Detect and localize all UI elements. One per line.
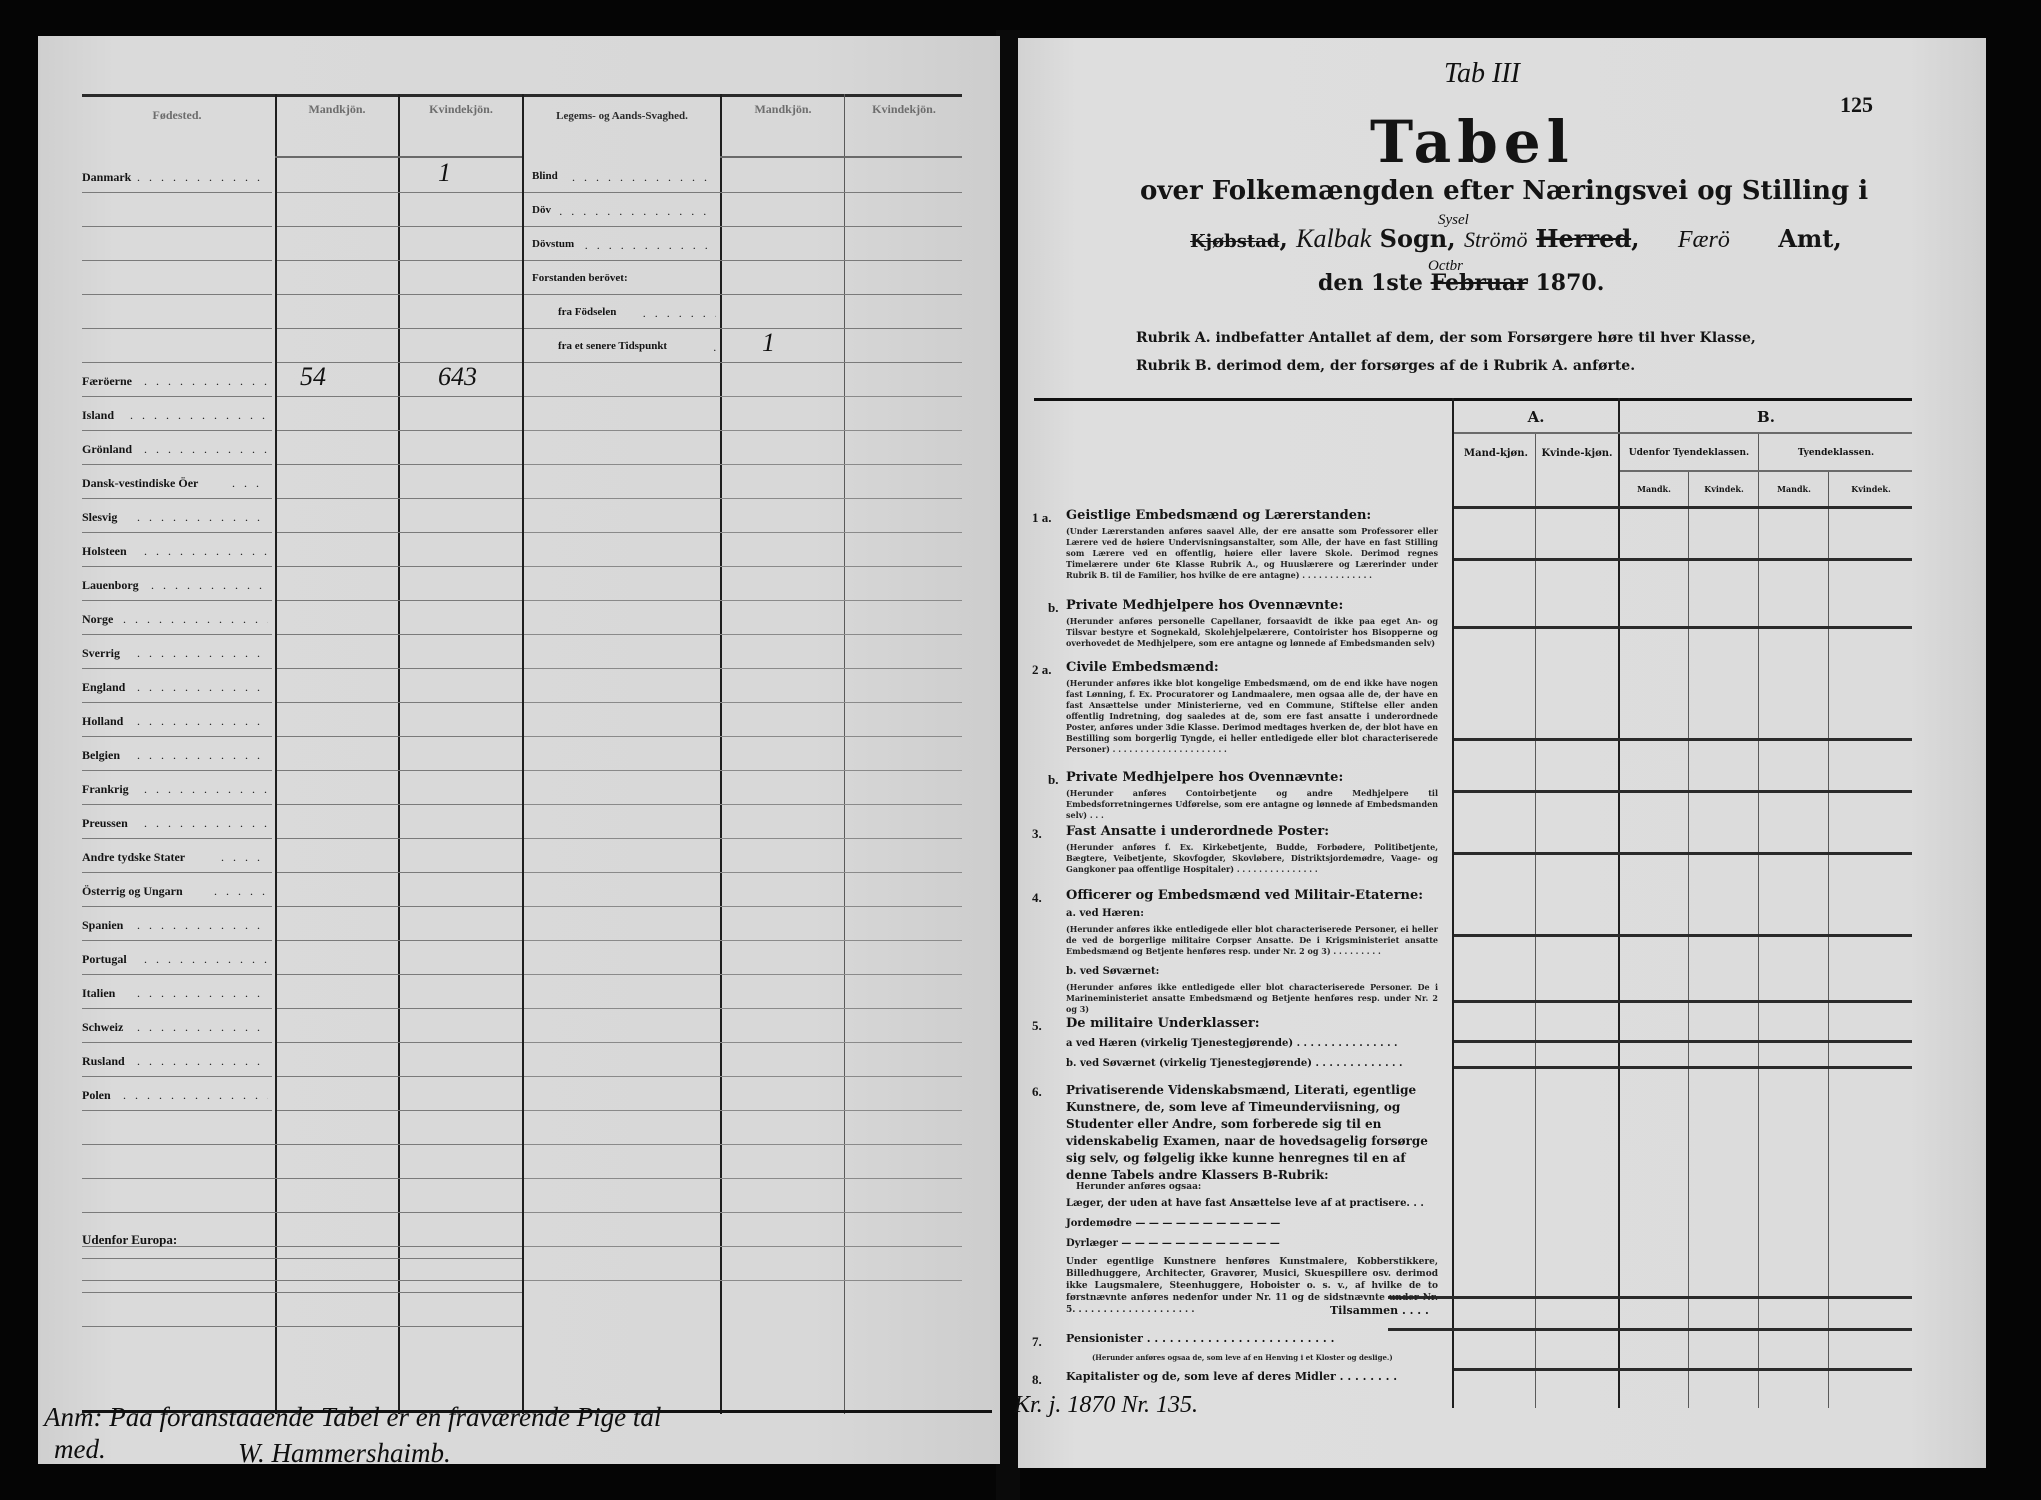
leader-dots: . . . . . . . . . . . . . . . . . . . . (713, 340, 716, 355)
row-rule (524, 906, 962, 907)
birthplace-label: Italien (82, 986, 115, 1001)
leader-dots: . . . . . . . . . . . . . . . . . . . . (137, 986, 268, 1001)
cat-3-title: Fast Ansatte i underordnede Poster: (1066, 824, 1329, 839)
birthplace-label: Schweiz (82, 1020, 123, 1035)
col-divider (522, 94, 524, 1414)
infirmity-label: Blind (532, 170, 558, 182)
row-rule (524, 600, 962, 601)
row-rule (524, 736, 962, 737)
row-rule (524, 940, 962, 941)
leader-dots: . . . . . . . . . . . . . . . . . . . . (144, 952, 268, 967)
leader-dots: . . . . . . . . . . . . . . . . . . . . (137, 646, 268, 661)
birthplace-label: Sverrig (82, 646, 120, 661)
row-rule (277, 1042, 522, 1043)
row-rule (277, 430, 522, 431)
row-rule (524, 226, 962, 227)
leader-dots: . . . . . . . . . . . . . . . . . . . . (130, 408, 268, 423)
row-rule (82, 838, 272, 839)
leader-dots: . . . . . . . . . . . . . . . . . . . . (643, 306, 716, 321)
row-rule (524, 294, 962, 295)
left-page: Fødested. Mandkjön. Kvindekjön. Legems- … (38, 36, 1000, 1464)
cat-2a-note: (Herunder anføres ikke blot kongelige Em… (1066, 678, 1438, 755)
cat-6-title: Privatiserende Videnskabsmænd, Literati,… (1066, 1082, 1438, 1184)
row-rule (82, 600, 272, 601)
grid-v (1618, 398, 1620, 1408)
row-rule (82, 1110, 272, 1111)
row-rule (82, 634, 272, 635)
row-rule (82, 396, 272, 397)
page-subtitle: over Folkemængden efter Næringsvei og St… (1140, 176, 1868, 206)
leader-dots: . . . . . . . . . . . . . . . . . . . . (137, 680, 268, 695)
row-rule (82, 1292, 522, 1293)
col-divider (275, 94, 277, 1414)
col-divider (398, 94, 400, 1414)
row-rule (1454, 738, 1912, 741)
grid-v (1828, 472, 1829, 1408)
leader-dots: . . . . . . . . . . . . . . . . . . . . (137, 1020, 268, 1035)
cat-3-note: (Herunder anføres f. Ex. Kirkebetjente, … (1066, 842, 1438, 875)
leader-dots: . . . . . . . . . . . . . . . . . . . . (151, 578, 268, 593)
row-rule (277, 872, 522, 873)
row-rule (82, 1326, 522, 1327)
row-rule (524, 532, 962, 533)
row-rule (1388, 1296, 1912, 1299)
row-rule (1454, 790, 1912, 793)
birthplace-label: Grönland (82, 442, 132, 457)
grid-h (1454, 432, 1912, 434)
col-a-header: A. (1454, 408, 1618, 426)
row-rule (277, 464, 522, 465)
birthplace-label: Andre tydske Stater (82, 850, 185, 865)
row-rule (82, 192, 272, 193)
cat-7-num: 7. (1032, 1334, 1042, 1350)
row-rule (277, 940, 522, 941)
cat-6-dyrlaeger: Dyrlæger — — — — — — — — — — — — (1066, 1238, 1280, 1249)
cat-2b-num: b. (1048, 772, 1058, 788)
row-rule (524, 668, 962, 669)
birthplace-label: Holsteen (82, 544, 127, 559)
header-infirmity: Legems- og Aands-Svaghed. (524, 110, 720, 122)
infirmity-label: Dövstum (532, 238, 574, 250)
amt-label: Amt, (1778, 224, 1841, 253)
grid-v (1688, 472, 1689, 1408)
birthplace-label: Holland (82, 714, 123, 729)
header-birthplace: Fødested. (82, 108, 272, 123)
birthplace-label: Norge (82, 612, 113, 627)
col-b2-male: Mandk. (1760, 484, 1828, 494)
row-rule (277, 1008, 522, 1009)
cat-8-num: 8. (1032, 1372, 1042, 1388)
cat-1b-title: Private Medhjelpere hos Ovennævnte: (1066, 598, 1343, 613)
row-rule (82, 872, 272, 873)
district-handwritten: Strömö (1464, 227, 1528, 252)
row-rule (82, 770, 272, 771)
cat-7-note: (Herunder anføres ogsaa de, som leve af … (1092, 1352, 1452, 1363)
cat-4-title: Officerer og Embedsmænd ved Militair-Eta… (1066, 888, 1423, 903)
row-rule (82, 1212, 522, 1213)
row-rule (1388, 1328, 1912, 1331)
header-sub-rule (275, 156, 522, 158)
row-rule (524, 1042, 962, 1043)
row-rule (524, 702, 962, 703)
row-rule (82, 1076, 272, 1077)
row-rule (82, 736, 272, 737)
leader-dots: . . . . . . . . . . . . . . . . . . . . (144, 782, 268, 797)
location-line: Kjøbstad, Kalbak Sogn, Strömö Herred, Fæ… (1190, 224, 1842, 254)
row-rule (277, 770, 522, 771)
header-female: Kvindekjön. (400, 102, 522, 117)
leader-dots: . . . . . . . . . . . . . . . . . . . . (572, 170, 716, 185)
leader-dots: . . . . . . . . . . . . . . . . . . . . (144, 816, 268, 831)
row-rule (82, 1144, 522, 1145)
birthplace-label: Slesvig (82, 510, 117, 525)
row-rule (1454, 852, 1912, 855)
row-rule (1454, 558, 1912, 561)
annotation-line-2: med. (54, 1434, 106, 1465)
row-rule (524, 1280, 962, 1281)
row-rule (277, 226, 522, 227)
row-rule (277, 1076, 522, 1077)
cat-6-num: 6. (1032, 1084, 1042, 1100)
row-rule (524, 1246, 962, 1247)
row-rule (82, 702, 272, 703)
birthplace-label: Österrig og Ungarn (82, 884, 183, 899)
row-rule (524, 838, 962, 839)
row-rule (1454, 934, 1912, 937)
parish-handwritten: Kalbak (1296, 224, 1371, 253)
col-b-servant: Tyendeklassen. (1760, 448, 1912, 458)
row-rule (82, 1178, 522, 1179)
grid-h (1454, 506, 1912, 509)
row-rule (1454, 1066, 1912, 1069)
leader-dots: . . . . . . . . . . . . . . . . . . . . (123, 1088, 268, 1103)
infirmity-label: fra et senere Tidspunkt (558, 340, 667, 352)
row-rule (524, 328, 962, 329)
leader-dots: . . . . . . . . . . . . . . . . . . . . (137, 170, 268, 185)
birthplace-label: Portugal (82, 952, 127, 967)
row-rule (82, 906, 272, 907)
col-b1-female: Kvindek. (1690, 484, 1758, 494)
row-rule (82, 532, 272, 533)
outside-europe-label: Udenfor Europa: (82, 1232, 177, 1248)
birthplace-label: Dansk-vestindiske Öer (82, 476, 198, 491)
cat-2a-title: Civile Embedsmænd: (1066, 660, 1219, 675)
cat-2b-note: (Herunder anføres Contoirbetjente og and… (1066, 788, 1438, 821)
row-rule (82, 464, 272, 465)
row-rule (524, 1144, 962, 1145)
row-rule (82, 1042, 272, 1043)
row-rule (82, 668, 272, 669)
col-b1-male: Mandk. (1620, 484, 1688, 494)
birthplace-male-count: 54 (300, 362, 326, 392)
leader-dots: . . . . . . . . . . . . . . . . . . . . (144, 374, 268, 389)
cat-4-num: 4. (1032, 890, 1042, 906)
birthplace-label: England (82, 680, 125, 695)
row-rule (82, 974, 272, 975)
header-sub-rule (720, 156, 962, 158)
row-rule (277, 838, 522, 839)
row-rule (277, 668, 522, 669)
birthplace-label: Lauenborg (82, 578, 139, 593)
cat-1a-num: 1 a. (1032, 510, 1052, 526)
row-rule (277, 600, 522, 601)
row-rule (82, 260, 272, 261)
total-label: Tilsammen . . . . (1330, 1304, 1429, 1317)
cat-4b-title: b. ved Søværnet: (1066, 966, 1159, 977)
cat-1a-title: Geistlige Embedsmænd og Lærerstanden: (1066, 508, 1371, 523)
row-rule (277, 260, 522, 261)
row-rule (82, 294, 272, 295)
row-rule (82, 362, 272, 363)
row-rule (524, 1212, 962, 1213)
row-rule (524, 192, 962, 193)
birthplace-label: Belgien (82, 748, 120, 763)
col-divider (720, 94, 722, 1414)
row-rule (82, 566, 272, 567)
row-rule (1454, 1368, 1912, 1371)
row-rule (524, 1178, 962, 1179)
birthplace-female-count: 1 (438, 158, 451, 188)
cat-4b-note: (Herunder anføres ikke entledigede eller… (1066, 982, 1438, 1015)
col-a-female: Kvinde-kjøn. (1538, 448, 1616, 459)
row-rule (524, 498, 962, 499)
cat-6-laeger: Læger, der uden at have fast Ansættelse … (1066, 1198, 1424, 1209)
row-rule (277, 1110, 522, 1111)
row-rule (1454, 1040, 1912, 1043)
row-rule (82, 430, 272, 431)
row-rule (1454, 1000, 1912, 1003)
row-rule (82, 328, 272, 329)
rubrik-b-text: Rubrik B. derimod dem, der forsørges af … (1136, 358, 1635, 374)
infirmity-label: fra Födselen (558, 306, 616, 318)
cat-5a-title: a ved Hæren (virkelig Tjenestegjørende) … (1066, 1038, 1398, 1049)
archive-reference: Kr. j. 1870 Nr. 135. (1014, 1392, 1198, 1419)
birthplace-label: Polen (82, 1088, 111, 1103)
row-rule (277, 498, 522, 499)
leader-dots: . . . . . . . . . . . . . . . . . . . . (585, 238, 716, 253)
leader-dots: . . . . . . . . . . . . . . . . . . . . (144, 442, 268, 457)
leader-dots: . . . . . . . . . . . . . . . . . . . . (137, 748, 268, 763)
birthplace-label: Rusland (82, 1054, 125, 1069)
row-rule (277, 566, 522, 567)
cat-2b-title: Private Medhjelpere hos Ovennævnte: (1066, 770, 1343, 785)
leader-dots: . . . . . . . . . . . . . . . . . . . . (137, 510, 268, 525)
date-prefix: den 1ste (1318, 270, 1423, 296)
leader-dots: . . . . . . . . . . . . . . . . . . . . (144, 544, 268, 559)
cat-3-num: 3. (1032, 826, 1042, 842)
row-rule (524, 770, 962, 771)
cat-7-title: Pensionister . . . . . . . . . . . . . .… (1066, 1332, 1334, 1345)
infirmity-male-count: 1 (762, 328, 775, 358)
cat-1b-note: (Herunder anføres personelle Capellaner,… (1066, 616, 1438, 649)
row-rule (277, 736, 522, 737)
row-rule (82, 1280, 522, 1281)
row-rule (277, 532, 522, 533)
leader-dots: . . . . . . . . . . . . . . . . . . . . (232, 476, 268, 491)
row-rule (277, 702, 522, 703)
col-b-header: B. (1620, 408, 1912, 426)
cat-6-herunder: Herunder anføres ogsaa: (1076, 1182, 1438, 1193)
col-b2-female: Kvindek. (1830, 484, 1912, 494)
leader-dots: . . . . . . . . . . . . . . . . . . . . (559, 204, 716, 219)
row-rule (524, 872, 962, 873)
cat-5-num: 5. (1032, 1018, 1042, 1034)
annotation-signature: W. Hammershaimb. (238, 1438, 451, 1469)
grid-v (1758, 432, 1759, 1408)
birthplace-female-count: 643 (438, 362, 477, 392)
row-rule (277, 328, 522, 329)
annotation-line-1: Anm: Paa foranstaaende Tabel er en fravæ… (44, 1402, 661, 1433)
header-male-2: Mandkjön. (722, 102, 844, 117)
infirmity-label: Döv (532, 204, 551, 216)
leader-dots: . . . . . . . . . . . . . . . . . . . . (214, 884, 268, 899)
table-ref: Tab III (1444, 58, 1520, 90)
birthplace-label: Island (82, 408, 114, 423)
row-rule (524, 634, 962, 635)
row-rule (277, 396, 522, 397)
page-number: 125 (1840, 92, 1873, 118)
row-rule (82, 804, 272, 805)
row-rule (277, 192, 522, 193)
cat-2a-num: 2 a. (1032, 662, 1052, 678)
kjobstad-struck: Kjøbstad (1190, 231, 1279, 252)
col-a-male: Mand-kjøn. (1458, 448, 1534, 459)
right-page: Tab III 125 Tabel over Folkemængden efte… (1018, 38, 1986, 1468)
cat-4a-note: (Herunder anføres ikke entledigede eller… (1066, 924, 1438, 957)
month-handwritten: Octbr (1428, 258, 1463, 275)
row-rule (524, 430, 962, 431)
cat-6-jordemodre: Jordemødre — — — — — — — — — — — (1066, 1218, 1280, 1229)
birthplace-label: Preussen (82, 816, 128, 831)
leader-dots: . . . . . . . . . . . . . . . . . . . . (137, 918, 268, 933)
page-title: Tabel (1370, 108, 1575, 176)
row-rule (82, 1258, 522, 1259)
header-female-2: Kvindekjön. (846, 102, 962, 117)
cat-1b-num: b. (1048, 600, 1058, 616)
row-rule (524, 260, 962, 261)
herred-struck: Herred (1536, 224, 1631, 253)
row-rule (524, 362, 962, 363)
row-rule (82, 226, 272, 227)
row-rule (277, 634, 522, 635)
cat-5-title: De militaire Underklasser: (1066, 1016, 1260, 1031)
row-rule (524, 396, 962, 397)
district-handwritten-above: Sysel (1438, 212, 1469, 229)
amt-handwritten: Færö (1678, 227, 1730, 253)
leader-dots: . . . . . . . . . . . . . . . . . . . . (137, 714, 268, 729)
grid-v (1452, 398, 1454, 1408)
row-rule (524, 1076, 962, 1077)
row-rule (1454, 626, 1912, 629)
birthplace-label: Spanien (82, 918, 123, 933)
rubrik-a-text: Rubrik A. indbefatter Antallet af dem, d… (1136, 330, 1756, 346)
row-rule (82, 498, 272, 499)
row-rule (277, 906, 522, 907)
col-divider (844, 94, 845, 1414)
table-top-rule (1034, 398, 1912, 401)
birthplace-label: Danmark (82, 170, 131, 185)
row-rule (277, 974, 522, 975)
cat-5b-title: b. ved Søværnet (virkelig Tjenestegjøren… (1066, 1058, 1402, 1069)
cat-4a-title: a. ved Hæren: (1066, 908, 1144, 919)
leader-dots: . . . . . . . . . . . . . . . . . . . . (137, 1054, 268, 1069)
grid-h (1620, 470, 1912, 472)
row-rule (277, 804, 522, 805)
row-rule (524, 464, 962, 465)
row-rule (277, 294, 522, 295)
leader-dots: . . . . . . . . . . . . . . . . . . . . (123, 612, 268, 627)
row-rule (524, 1008, 962, 1009)
col-b-outside-servant: Udenfor Tyendeklassen. (1620, 448, 1758, 458)
row-rule (82, 940, 272, 941)
row-rule (524, 1110, 962, 1111)
leader-dots: . . . . . . . . . . . . . . . . . . . . (221, 850, 268, 865)
cat-8-title: Kapitalister og de, som leve af deres Mi… (1066, 1370, 1397, 1383)
row-rule (82, 1008, 272, 1009)
cat-1a-note: (Under Lærerstanden anføres saavel Alle,… (1066, 526, 1438, 581)
date-year: 1870. (1535, 270, 1604, 296)
header-male: Mandkjön. (276, 102, 398, 117)
row-rule (524, 566, 962, 567)
birthplace-label: Færöerne (82, 374, 132, 389)
infirmity-label: Forstanden berövet: (532, 272, 628, 284)
row-rule (524, 804, 962, 805)
grid-v (1535, 432, 1536, 1408)
birthplace-label: Frankrig (82, 782, 129, 797)
row-rule (524, 974, 962, 975)
